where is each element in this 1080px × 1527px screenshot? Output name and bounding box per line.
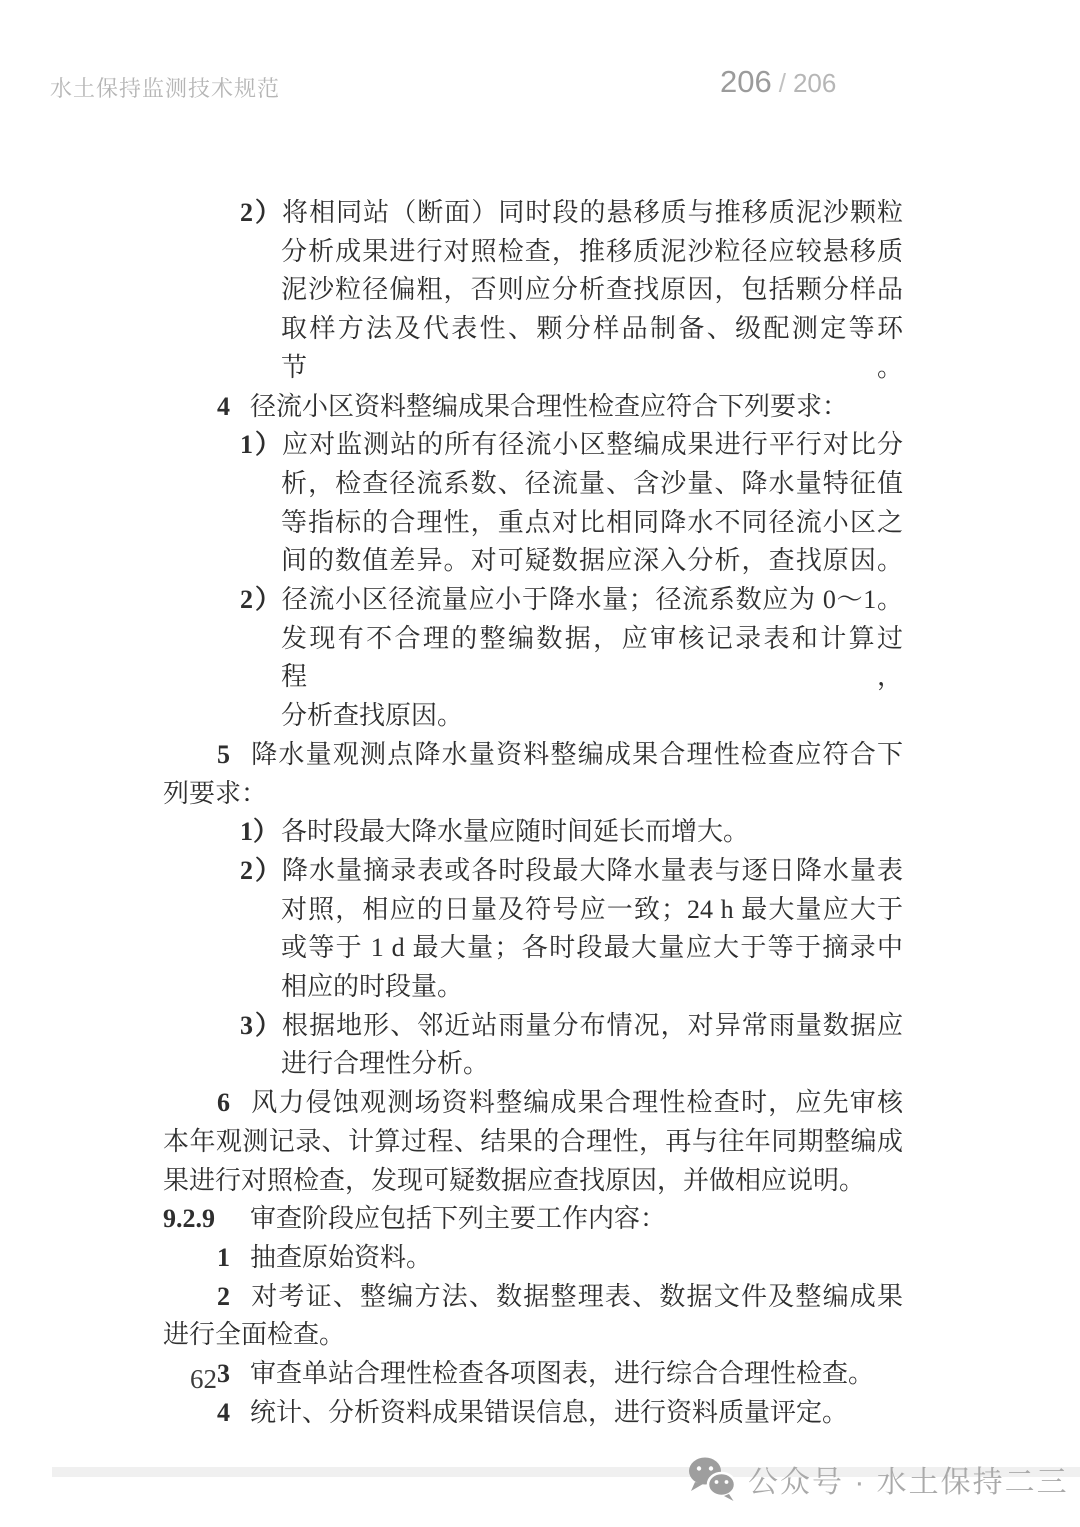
doc-line: 进行全面检查。 bbox=[163, 1316, 903, 1355]
doc-text: 等指标的合理性，重点对比相同降水不同径流小区之 bbox=[281, 508, 903, 537]
doc-line: 泥沙粒径偏粗，否则应分析查找原因，包括颗分样品 bbox=[163, 271, 903, 310]
doc-text: 径流小区径流量应小于降水量；径流系数应为 0～1。 bbox=[281, 585, 903, 614]
doc-text: 应对监测站的所有径流小区整编成果进行平行对比分 bbox=[281, 430, 903, 459]
doc-line: 进行合理性分析。 bbox=[163, 1045, 903, 1084]
doc-line: 间的数值差异。对可疑数据应深入分析，查找原因。 bbox=[163, 542, 903, 581]
doc-text: 各时段最大降水量应随时间延长而增大。 bbox=[281, 817, 749, 846]
paragraph: 9.2.9审查阶段应包括下列主要工作内容： bbox=[163, 1200, 903, 1239]
doc-text: 进行合理性分析。 bbox=[281, 1049, 489, 1078]
document-body: 2）将相同站（断面）同时段的悬移质与推移质泥沙颗粒分析成果进行对照检查，推移质泥… bbox=[163, 194, 903, 1433]
page-total: 206 bbox=[793, 68, 836, 99]
item-marker: 1） bbox=[240, 813, 281, 852]
doc-text: 析，检查径流系数、径流量、含沙量、降水量特征值 bbox=[281, 469, 903, 498]
item-marker: 4 bbox=[217, 388, 250, 427]
page-number: 62 bbox=[190, 1364, 217, 1395]
item-marker: 2） bbox=[240, 194, 281, 233]
doc-text: 审查阶段应包括下列主要工作内容： bbox=[250, 1204, 666, 1233]
doc-text: 对照，相应的日量及符号应一致；24 h 最大量应大于 bbox=[281, 895, 903, 924]
doc-line: 1抽查原始资料。 bbox=[163, 1239, 903, 1278]
doc-line: 发现有不合理的整编数据，应审核记录表和计算过程， bbox=[163, 620, 903, 697]
doc-line: 相应的时段量。 bbox=[163, 968, 903, 1007]
doc-text: 果进行对照检查，发现可疑数据应查找原因，并做相应说明。 bbox=[163, 1166, 865, 1195]
paragraph: 4径流小区资料整编成果合理性检查应符合下列要求： bbox=[163, 388, 903, 427]
doc-text: 泥沙粒径偏粗，否则应分析查找原因，包括颗分样品 bbox=[281, 275, 903, 304]
doc-line: 本年观测记录、计算过程、结果的合理性，再与往年同期整编成 bbox=[163, 1123, 903, 1162]
page-separator: / bbox=[779, 68, 786, 99]
doc-line: 等指标的合理性，重点对比相同降水不同径流小区之 bbox=[163, 504, 903, 543]
doc-line: 5降水量观测点降水量资料整编成果合理性检查应符合下 bbox=[163, 736, 903, 775]
paragraph: 2）将相同站（断面）同时段的悬移质与推移质泥沙颗粒分析成果进行对照检查，推移质泥… bbox=[163, 194, 903, 388]
paragraph: 3）根据地形、邻近站雨量分布情况，对异常雨量数据应进行合理性分析。 bbox=[163, 1007, 903, 1084]
doc-line: 4径流小区资料整编成果合理性检查应符合下列要求： bbox=[163, 388, 903, 427]
doc-text: 抽查原始资料。 bbox=[250, 1243, 432, 1272]
page-current: 206 bbox=[720, 64, 772, 100]
doc-text: 降水量摘录表或各时段最大降水量表与逐日降水量表 bbox=[281, 856, 903, 885]
item-marker: 3 bbox=[217, 1355, 250, 1394]
doc-text: 将相同站（断面）同时段的悬移质与推移质泥沙颗粒 bbox=[281, 198, 903, 227]
doc-text: 风力侵蚀观测场资料整编成果合理性检查时，应先审核 bbox=[250, 1088, 903, 1117]
doc-text: 对考证、整编方法、数据整理表、数据文件及整编成果 bbox=[250, 1282, 903, 1311]
doc-text: 发现有不合理的整编数据，应审核记录表和计算过程， bbox=[281, 624, 903, 692]
doc-line: 果进行对照检查，发现可疑数据应查找原因，并做相应说明。 bbox=[163, 1162, 903, 1201]
paragraph: 5降水量观测点降水量资料整编成果合理性检查应符合下列要求： bbox=[163, 736, 903, 813]
doc-text: 或等于 1 d 最大量；各时段最大量应大于等于摘录中 bbox=[281, 933, 903, 962]
footer-brand: 公众号 · 水土保持二三 bbox=[686, 1456, 1069, 1502]
doc-text: 降水量观测点降水量资料整编成果合理性检查应符合下 bbox=[250, 740, 903, 769]
item-marker: 6 bbox=[217, 1084, 250, 1123]
doc-line: 1）各时段最大降水量应随时间延长而增大。 bbox=[163, 813, 903, 852]
doc-text: 审查单站合理性检查各项图表，进行综合合理性检查。 bbox=[250, 1359, 874, 1388]
doc-line: 2对考证、整编方法、数据整理表、数据文件及整编成果 bbox=[163, 1278, 903, 1317]
doc-text: 分析查找原因。 bbox=[281, 701, 463, 730]
doc-text: 径流小区资料整编成果合理性检查应符合下列要求： bbox=[250, 392, 848, 421]
paragraph: 6风力侵蚀观测场资料整编成果合理性检查时，应先审核本年观测记录、计算过程、结果的… bbox=[163, 1084, 903, 1200]
item-marker: 2） bbox=[240, 852, 281, 891]
paragraph: 2）径流小区径流量应小于降水量；径流系数应为 0～1。发现有不合理的整编数据，应… bbox=[163, 581, 903, 736]
doc-text: 进行全面检查。 bbox=[163, 1320, 345, 1349]
doc-text: 本年观测记录、计算过程、结果的合理性，再与往年同期整编成 bbox=[163, 1127, 903, 1156]
doc-line: 3）根据地形、邻近站雨量分布情况，对异常雨量数据应 bbox=[163, 1007, 903, 1046]
wechat-icon bbox=[686, 1456, 738, 1502]
doc-line: 2）降水量摘录表或各时段最大降水量表与逐日降水量表 bbox=[163, 852, 903, 891]
doc-line: 2）径流小区径流量应小于降水量；径流系数应为 0～1。 bbox=[163, 581, 903, 620]
item-marker: 9.2.9 bbox=[163, 1200, 250, 1239]
doc-line: 分析成果进行对照检查，推移质泥沙粒径应较悬移质 bbox=[163, 233, 903, 272]
paragraph: 4统计、分析资料成果错误信息，进行资料质量评定。 bbox=[163, 1394, 903, 1433]
doc-line: 或等于 1 d 最大量；各时段最大量应大于等于摘录中 bbox=[163, 929, 903, 968]
item-marker: 4 bbox=[217, 1394, 250, 1433]
paragraph: 3审查单站合理性检查各项图表，进行综合合理性检查。 bbox=[163, 1355, 903, 1394]
doc-text: 统计、分析资料成果错误信息，进行资料质量评定。 bbox=[250, 1398, 848, 1427]
item-marker: 5 bbox=[217, 736, 250, 775]
doc-text: 根据地形、邻近站雨量分布情况，对异常雨量数据应 bbox=[281, 1011, 903, 1040]
doc-line: 6风力侵蚀观测场资料整编成果合理性检查时，应先审核 bbox=[163, 1084, 903, 1123]
doc-line: 9.2.9审查阶段应包括下列主要工作内容： bbox=[163, 1200, 903, 1239]
item-marker: 3） bbox=[240, 1007, 281, 1046]
doc-line: 对照，相应的日量及符号应一致；24 h 最大量应大于 bbox=[163, 891, 903, 930]
doc-line: 3审查单站合理性检查各项图表，进行综合合理性检查。 bbox=[163, 1355, 903, 1394]
footer-text: 公众号 · 水土保持二三 bbox=[748, 1457, 1069, 1501]
doc-line: 2）将相同站（断面）同时段的悬移质与推移质泥沙颗粒 bbox=[163, 194, 903, 233]
doc-text: 间的数值差异。对可疑数据应深入分析，查找原因。 bbox=[281, 546, 903, 575]
doc-line: 析，检查径流系数、径流量、含沙量、降水量特征值 bbox=[163, 465, 903, 504]
doc-line: 1）应对监测站的所有径流小区整编成果进行平行对比分 bbox=[163, 426, 903, 465]
item-marker: 1） bbox=[240, 426, 281, 465]
doc-line: 列要求： bbox=[163, 775, 903, 814]
doc-line: 分析查找原因。 bbox=[163, 697, 903, 736]
item-marker: 1 bbox=[217, 1239, 250, 1278]
doc-line: 取样方法及代表性、颗分样品制备、级配测定等环节。 bbox=[163, 310, 903, 387]
item-marker: 2 bbox=[217, 1278, 250, 1317]
doc-text: 分析成果进行对照检查，推移质泥沙粒径应较悬移质 bbox=[281, 237, 903, 266]
doc-text: 列要求： bbox=[163, 779, 267, 808]
paragraph: 1）各时段最大降水量应随时间延长而增大。 bbox=[163, 813, 903, 852]
doc-line: 4统计、分析资料成果错误信息，进行资料质量评定。 bbox=[163, 1394, 903, 1433]
item-marker: 2） bbox=[240, 581, 281, 620]
header-title: 水土保持监测技术规范 bbox=[50, 72, 280, 103]
paragraph: 2对考证、整编方法、数据整理表、数据文件及整编成果进行全面检查。 bbox=[163, 1278, 903, 1355]
paragraph: 1）应对监测站的所有径流小区整编成果进行平行对比分析，检查径流系数、径流量、含沙… bbox=[163, 426, 903, 581]
paragraph: 2）降水量摘录表或各时段最大降水量表与逐日降水量表对照，相应的日量及符号应一致；… bbox=[163, 852, 903, 1007]
doc-text: 取样方法及代表性、颗分样品制备、级配测定等环节。 bbox=[281, 314, 903, 382]
doc-text: 相应的时段量。 bbox=[281, 972, 463, 1001]
page-indicator: 206 / 206 bbox=[720, 64, 836, 100]
paragraph: 1抽查原始资料。 bbox=[163, 1239, 903, 1278]
